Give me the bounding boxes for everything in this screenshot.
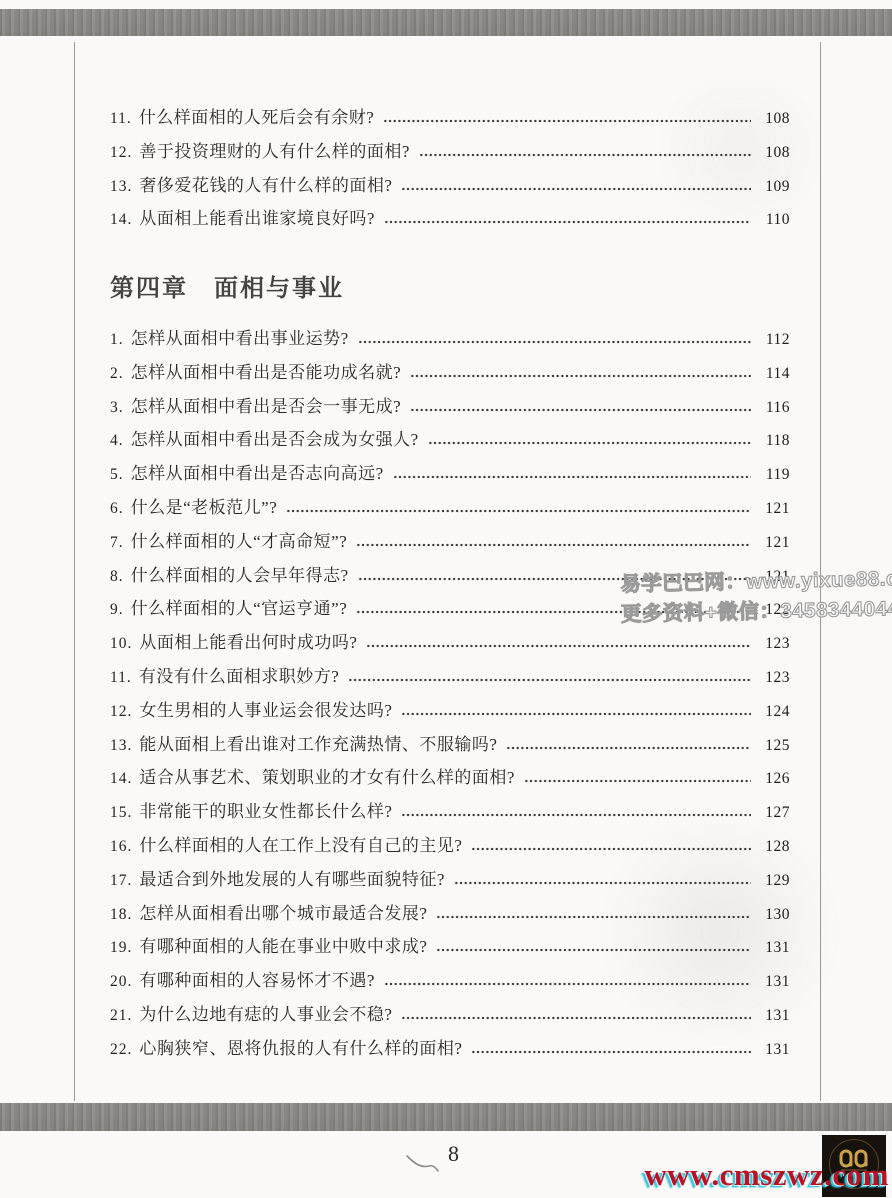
toc-leader-dots bbox=[428, 440, 751, 445]
toc-entry-page: 114 bbox=[756, 365, 790, 383]
toc-entry: 14. 从面相上能看出谁家境良好吗? 110 bbox=[110, 198, 790, 232]
toc-entry-number: 18. bbox=[110, 906, 132, 924]
toc-entry-title: 有哪种面相的人容易怀才不遇? bbox=[139, 966, 375, 991]
toc-entry-page: 108 bbox=[756, 110, 790, 128]
toc-entry-title: 怎样从面相中看出是否会成为女强人? bbox=[131, 425, 419, 450]
toc-leader-dots bbox=[471, 1049, 751, 1054]
toc-entry-title: 适合从事艺术、策划职业的才女有什么样的面相? bbox=[139, 763, 515, 788]
toc-entry-page: 110 bbox=[756, 211, 790, 229]
toc-entry-number: 2. bbox=[110, 365, 124, 383]
toc-entry-title: 怎样从面相中看出事业运势? bbox=[131, 324, 349, 349]
toc-entry-page: 131 bbox=[756, 939, 790, 957]
toc-entry-page: 128 bbox=[756, 838, 790, 856]
toc-entry-page: 122 bbox=[756, 601, 790, 619]
toc-entry: 19. 有哪种面相的人能在事业中败中求成? 131 bbox=[110, 926, 790, 960]
toc-entry-title: 为什么边地有痣的人事业会不稳? bbox=[139, 1000, 392, 1025]
toc-entry-number: 4. bbox=[110, 432, 124, 450]
toc-entry-number: 3. bbox=[110, 399, 124, 417]
toc-entry: 16. 什么样面相的人在工作上没有自己的主见? 128 bbox=[110, 825, 790, 859]
toc-leader-dots bbox=[524, 778, 751, 783]
toc-entry: 12. 善于投资理财的人有什么样的面相? 108 bbox=[110, 131, 790, 165]
toc-entry-page: 121 bbox=[756, 500, 790, 518]
toc-entry-number: 8. bbox=[110, 568, 124, 586]
toc-leader-dots bbox=[410, 407, 751, 412]
toc-entry-page: 127 bbox=[756, 804, 790, 822]
toc-entry-number: 5. bbox=[110, 466, 124, 484]
site-url: www.cmszwz.com bbox=[644, 1157, 889, 1193]
toc-entry: 1. 怎样从面相中看出事业运势? 112 bbox=[110, 318, 790, 352]
toc-entry-page: 131 bbox=[756, 973, 790, 991]
toc-entry-page: 131 bbox=[756, 1041, 790, 1059]
toc-entry: 9. 什么样面相的人“官运亨通”? 122 bbox=[110, 588, 790, 622]
toc-entry-number: 9. bbox=[110, 601, 124, 619]
toc-entry-title: 什么样面相的人“官运亨通”? bbox=[131, 594, 348, 619]
toc-entry-page: 116 bbox=[756, 399, 790, 417]
chapter-heading: 第四章 面相与事业 bbox=[110, 268, 344, 303]
toc-leader-dots bbox=[401, 186, 751, 191]
toc-entry-title: 怎样从面相中看出是否能功成名就? bbox=[131, 358, 402, 383]
toc-leader-dots bbox=[356, 542, 751, 547]
toc-entry: 13. 奢侈爱花钱的人有什么样的面相? 109 bbox=[110, 165, 790, 199]
toc-entry-page: 126 bbox=[756, 770, 790, 788]
toc-entry-page: 121 bbox=[756, 568, 790, 586]
toc-leader-dots bbox=[384, 219, 751, 224]
toc-entry: 6. 什么是“老板范儿”? 121 bbox=[110, 487, 790, 521]
toc-leader-dots bbox=[454, 880, 751, 885]
toc-entry-page: 119 bbox=[756, 466, 790, 484]
toc-leader-dots bbox=[358, 576, 751, 581]
toc-entry-number: 13. bbox=[110, 737, 132, 755]
toc-entry: 21. 为什么边地有痣的人事业会不稳? 131 bbox=[110, 994, 790, 1028]
toc-leader-dots bbox=[471, 846, 751, 851]
toc-entry-number: 1. bbox=[110, 331, 124, 349]
toc-entry-title: 能从面相上看出谁对工作充满热情、不服输吗? bbox=[139, 730, 497, 755]
toc-entry-number: 13. bbox=[110, 178, 132, 196]
toc-leader-dots bbox=[401, 812, 751, 817]
toc-entry: 12. 女生男相的人事业运会很发达吗? 124 bbox=[110, 690, 790, 724]
toc-entry-title: 从面相上能看出谁家境良好吗? bbox=[139, 204, 375, 229]
toc-entry-title: 什么是“老板范儿”? bbox=[131, 493, 278, 518]
toc-entry-number: 19. bbox=[110, 939, 132, 957]
toc-entry-title: 什么样面相的人死后会有余财? bbox=[139, 103, 375, 128]
toc-leader-dots bbox=[286, 508, 751, 513]
toc-entry-title: 怎样从面相中看出是否志向高远? bbox=[131, 459, 384, 484]
toc-entry-page: 109 bbox=[756, 178, 790, 196]
toc-entry-number: 6. bbox=[110, 500, 124, 518]
toc-entry-title: 有哪种面相的人能在事业中败中求成? bbox=[139, 932, 427, 957]
toc-chapter4-items: 1. 怎样从面相中看出事业运势? 112 2. 怎样从面相中看出是否能功成名就?… bbox=[110, 318, 790, 1062]
toc-entry: 8. 什么样面相的人会早年得志? 121 bbox=[110, 555, 790, 589]
toc-leader-dots bbox=[393, 474, 751, 479]
toc-entry-title: 什么样面相的人“才高命短”? bbox=[131, 527, 348, 552]
toc-entry-number: 20. bbox=[110, 973, 132, 991]
toc-entry-title: 最适合到外地发展的人有哪些面貌特征? bbox=[139, 865, 445, 890]
toc-leader-dots bbox=[356, 609, 751, 614]
toc-leader-dots bbox=[358, 339, 751, 344]
toc-entry-title: 什么样面相的人在工作上没有自己的主见? bbox=[139, 831, 462, 856]
toc-entry: 3. 怎样从面相中看出是否会一事无成? 116 bbox=[110, 386, 790, 420]
toc-entry-number: 17. bbox=[110, 872, 132, 890]
scan-bottom-bar bbox=[0, 1103, 892, 1131]
toc-entry: 10. 从面相上能看出何时成功吗? 123 bbox=[110, 622, 790, 656]
toc-entry-number: 12. bbox=[110, 144, 132, 162]
toc-entry-number: 14. bbox=[110, 211, 132, 229]
toc-entry-title: 心胸狭窄、恩将仇报的人有什么样的面相? bbox=[139, 1034, 462, 1059]
toc-entry-number: 14. bbox=[110, 770, 132, 788]
toc-entry: 17. 最适合到外地发展的人有哪些面貌特征? 129 bbox=[110, 859, 790, 893]
toc-entry-page: 129 bbox=[756, 872, 790, 890]
toc-entry-title: 怎样从面相看出哪个城市最适合发展? bbox=[139, 899, 427, 924]
toc-entry-page: 130 bbox=[756, 906, 790, 924]
page-right-rule bbox=[820, 42, 821, 1101]
toc-entry: 13. 能从面相上看出谁对工作充满热情、不服输吗? 125 bbox=[110, 724, 790, 758]
toc-entry: 22. 心胸狭窄、恩将仇报的人有什么样的面相? 131 bbox=[110, 1028, 790, 1062]
page-left-rule bbox=[74, 42, 75, 1101]
toc-entry: 15. 非常能干的职业女性都长什么样? 127 bbox=[110, 791, 790, 825]
toc-leader-dots bbox=[348, 677, 751, 682]
toc-entry: 2. 怎样从面相中看出是否能功成名就? 114 bbox=[110, 352, 790, 386]
toc-entry: 20. 有哪种面相的人容易怀才不遇? 131 bbox=[110, 960, 790, 994]
toc-entry-page: 118 bbox=[756, 432, 790, 450]
toc-entry-page: 123 bbox=[756, 669, 790, 687]
toc-entry-number: 11. bbox=[110, 110, 132, 128]
toc-entry-title: 什么样面相的人会早年得志? bbox=[131, 561, 349, 586]
toc-entry-title: 怎样从面相中看出是否会一事无成? bbox=[131, 392, 402, 417]
toc-entry-title: 女生男相的人事业运会很发达吗? bbox=[139, 696, 392, 721]
scan-top-bar bbox=[0, 9, 892, 36]
toc-entry-number: 22. bbox=[110, 1041, 132, 1059]
toc-leader-dots bbox=[419, 152, 751, 157]
toc-entry-page: 121 bbox=[756, 534, 790, 552]
toc-entry: 18. 怎样从面相看出哪个城市最适合发展? 130 bbox=[110, 893, 790, 927]
toc-entry-number: 16. bbox=[110, 838, 132, 856]
pen-mark-icon bbox=[405, 1152, 453, 1180]
toc-leader-dots bbox=[436, 947, 751, 952]
toc-entry-title: 非常能干的职业女性都长什么样? bbox=[139, 797, 392, 822]
toc-leader-dots bbox=[383, 118, 751, 123]
toc-entry-number: 7. bbox=[110, 534, 124, 552]
toc-leader-dots bbox=[366, 643, 751, 648]
toc-entry-page: 123 bbox=[756, 635, 790, 653]
toc-previous-chapter-items: 11. 什么样面相的人死后会有余财? 108 12. 善于投资理财的人有什么样的… bbox=[110, 97, 790, 232]
toc-entry-title: 有没有什么面相求职妙方? bbox=[139, 662, 340, 687]
toc-entry-title: 奢侈爱花钱的人有什么样的面相? bbox=[139, 171, 392, 196]
toc-entry-number: 11. bbox=[110, 669, 132, 687]
toc-entry-page: 108 bbox=[756, 144, 790, 162]
toc-leader-dots bbox=[384, 981, 751, 986]
toc-entry-number: 21. bbox=[110, 1007, 132, 1025]
page-number: 8 bbox=[448, 1141, 460, 1167]
toc-entry-page: 124 bbox=[756, 703, 790, 721]
toc-leader-dots bbox=[436, 914, 751, 919]
toc-entry: 5. 怎样从面相中看出是否志向高远? 119 bbox=[110, 453, 790, 487]
toc-leader-dots bbox=[401, 1015, 751, 1020]
toc-entry-number: 12. bbox=[110, 703, 132, 721]
toc-entry: 14. 适合从事艺术、策划职业的才女有什么样的面相? 126 bbox=[110, 757, 790, 791]
toc-entry: 11. 什么样面相的人死后会有余财? 108 bbox=[110, 97, 790, 131]
toc-leader-dots bbox=[410, 373, 751, 378]
toc-entry-title: 从面相上能看出何时成功吗? bbox=[139, 628, 357, 653]
toc-entry: 4. 怎样从面相中看出是否会成为女强人? 118 bbox=[110, 419, 790, 453]
toc-entry-number: 10. bbox=[110, 635, 132, 653]
toc-entry: 11. 有没有什么面相求职妙方? 123 bbox=[110, 656, 790, 690]
toc-entry-page: 112 bbox=[756, 331, 790, 349]
toc-leader-dots bbox=[401, 711, 751, 716]
toc-entry-title: 善于投资理财的人有什么样的面相? bbox=[139, 137, 410, 162]
toc-entry-page: 125 bbox=[756, 737, 790, 755]
toc-entry: 7. 什么样面相的人“才高命短”? 121 bbox=[110, 521, 790, 555]
toc-leader-dots bbox=[506, 745, 751, 750]
toc-entry-number: 15. bbox=[110, 804, 132, 822]
toc-entry-page: 131 bbox=[756, 1007, 790, 1025]
